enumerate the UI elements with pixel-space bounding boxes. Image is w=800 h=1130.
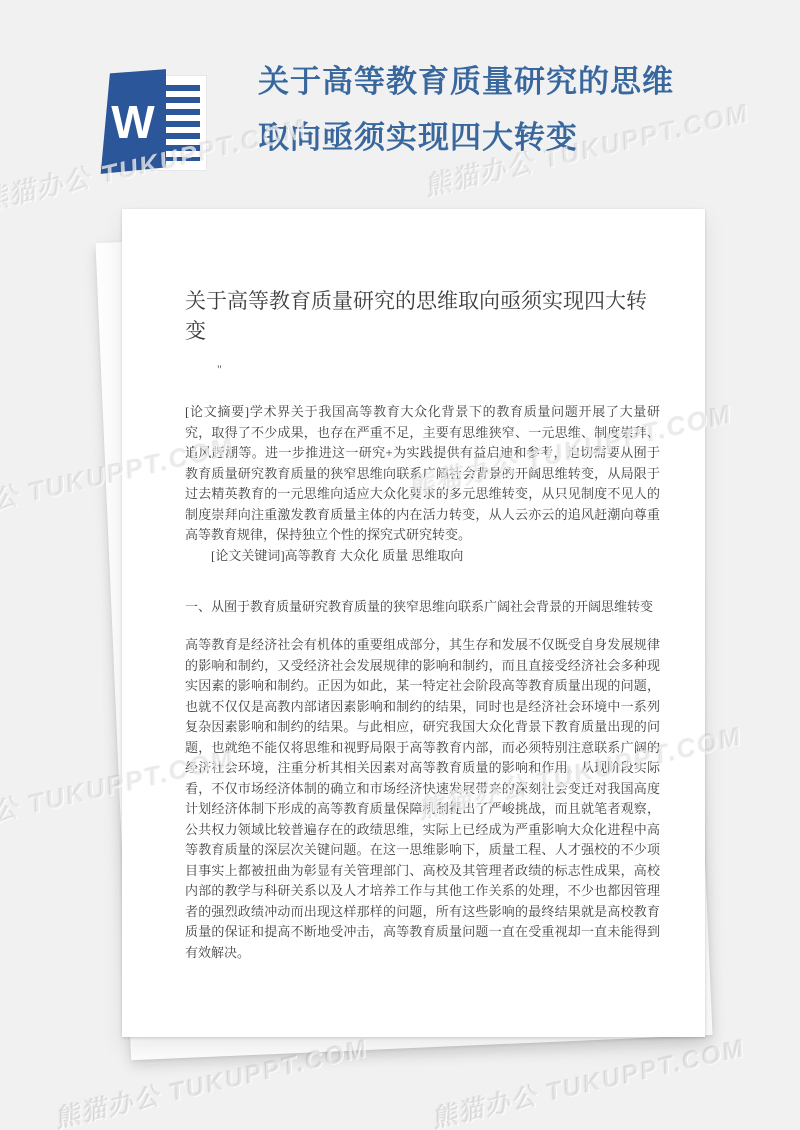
document-title: 关于高等教育质量研究的思维取向亟须实现四大转变 <box>185 286 660 346</box>
word-file-icon: W <box>98 66 210 178</box>
section-heading: 一、从囿于教育质量研究教育质量的狭窄思维向联系广阔社会背景的开阔思维转变 <box>185 596 660 617</box>
abstract-label: [论文摘要] <box>185 404 249 419</box>
keywords-line: [论文关键词]高等教育 大众化 质量 思维取向 <box>185 546 660 567</box>
header: W 关于高等教育质量研究的思维取向亟须实现四大转变 <box>0 0 800 205</box>
keywords-text: 高等教育 大众化 质量 思维取向 <box>285 548 464 563</box>
word-icon-flap: W <box>100 68 166 176</box>
document-page: 关于高等教育质量研究的思维取向亟须实现四大转变 " [论文摘要]学术界关于我国高… <box>122 209 705 1037</box>
abstract-text: 学术界关于我国高等教育大众化背景下的教育质量问题开展了大量研究，取得了不少成果，… <box>185 404 660 542</box>
keywords-label: [论文关键词] <box>211 548 285 563</box>
word-icon-letter: W <box>111 99 154 145</box>
quote-mark: " <box>217 362 660 376</box>
body-paragraph: 高等教育是经济社会有机体的重要组成部分，其生存和发展不仅既受自身发展规律的影响和… <box>185 635 660 963</box>
page-title: 关于高等教育质量研究的思维取向亟须实现四大转变 <box>258 54 694 166</box>
page-canvas: 关于高等教育质量研究的思维取向亟须实现四大转变 " [论文摘要]学术界关于我国高… <box>0 0 800 1130</box>
abstract-paragraph: [论文摘要]学术界关于我国高等教育大众化背景下的教育质量问题开展了大量研究，取得… <box>185 402 660 546</box>
